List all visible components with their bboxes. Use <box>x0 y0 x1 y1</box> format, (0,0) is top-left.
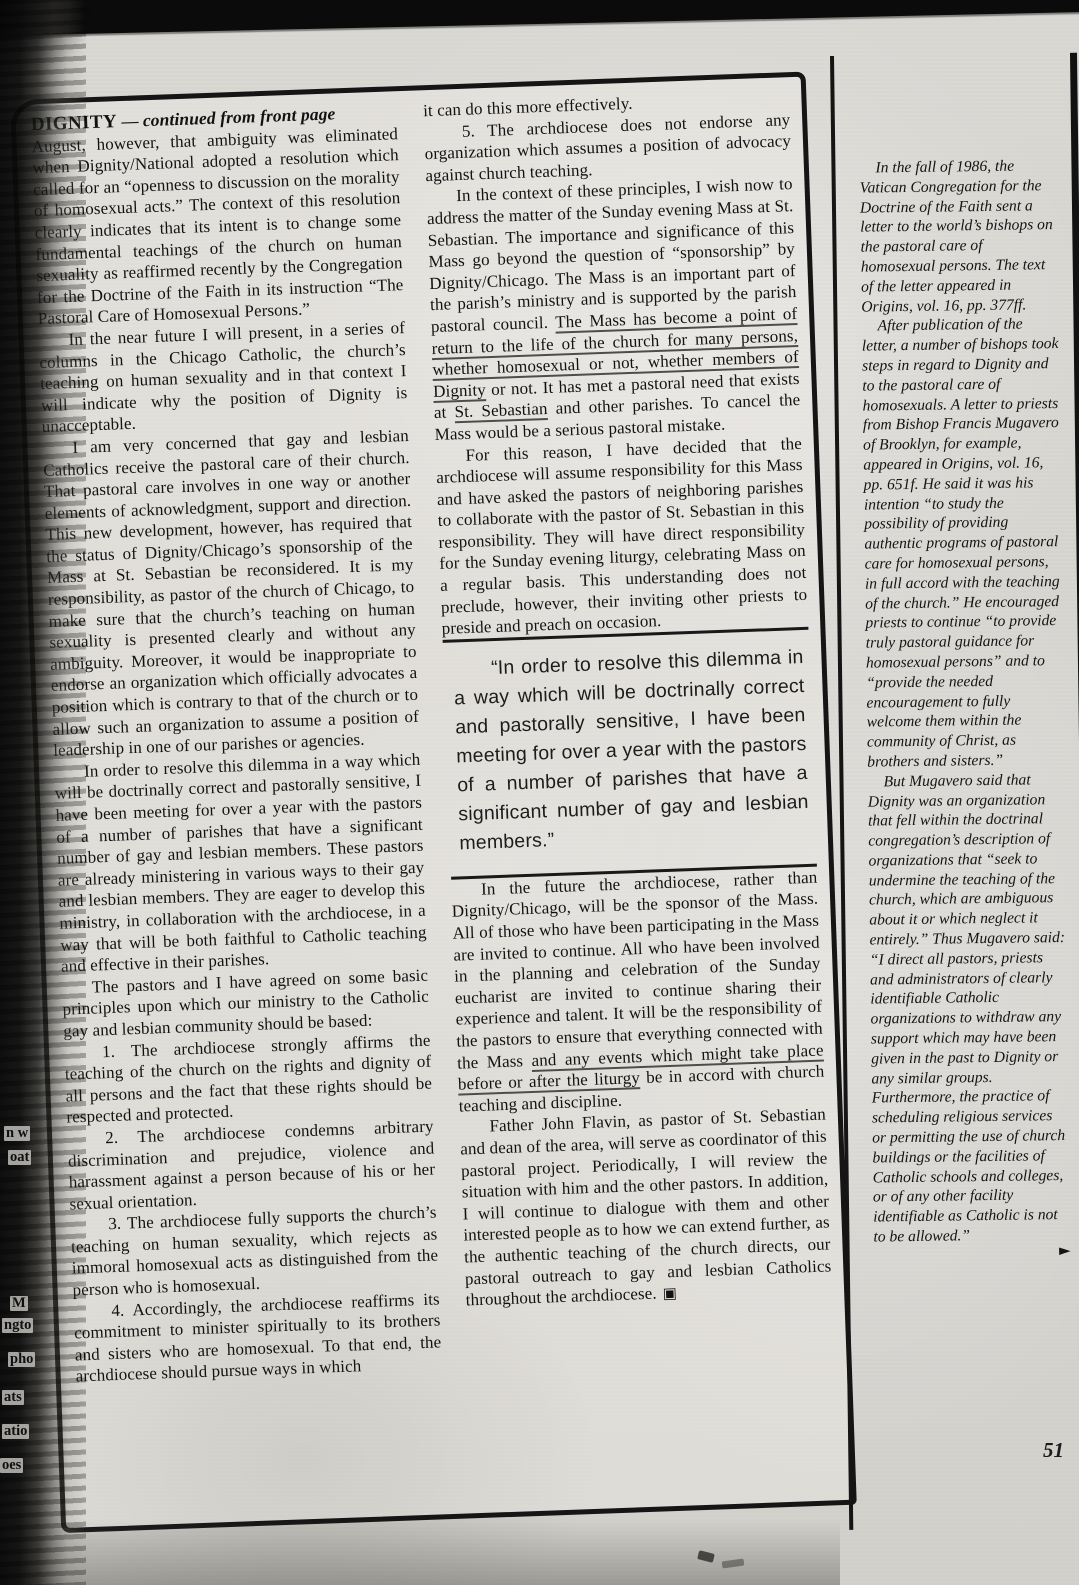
paragraph: For this reason, I have decided that the… <box>435 432 808 639</box>
scan-gutter-band <box>0 0 86 1585</box>
margin-fragment: M <box>10 1296 28 1311</box>
end-of-article-icon: ▣ <box>662 1284 677 1302</box>
numbered-point-3: 3. The archdiocese fully supports the ch… <box>70 1202 439 1301</box>
margin-fragment: oes <box>0 1458 23 1473</box>
margin-fragment: ngto <box>2 1318 33 1333</box>
continuation-arrow-icon: ► <box>1059 1241 1071 1261</box>
underlined-passage: St. Sebastian <box>454 399 548 421</box>
margin-fragment: oat <box>8 1150 31 1165</box>
paragraph: I am very concerned that gay and lesbian… <box>42 425 420 762</box>
paragraph: In order to resolve this dilemma in a wa… <box>54 749 428 978</box>
margin-fragment: atio <box>2 1424 29 1439</box>
numbered-point-4: 4. Accordingly, the archdiocese reaffirm… <box>73 1288 442 1387</box>
numbered-point-1: 1. The archdiocese strongly affirms the … <box>64 1029 433 1128</box>
paragraph: August, however, that ambiguity was elim… <box>31 123 404 330</box>
scan-bottom-smudge <box>0 1501 840 1585</box>
scanned-magazine-page: DIGNITY — continued from front page Augu… <box>0 0 1079 1585</box>
scan-top-edge <box>0 0 1079 36</box>
page-number: 51 <box>1043 1438 1064 1463</box>
paragraph: Father John Flavin, as pastor of St. Seb… <box>459 1104 832 1312</box>
margin-fragment: ats <box>2 1390 24 1405</box>
sidebar-note: In the fall of 1986, the Vatican Congreg… <box>830 53 1079 1530</box>
paragraph: In the context of these principles, I wi… <box>426 173 802 445</box>
pull-quote: “In order to resolve this dilemma in a w… <box>442 627 817 880</box>
sidebar-paragraph: After publication of the letter, a numbe… <box>861 314 1065 772</box>
article-frame: DIGNITY — continued from front page Augu… <box>10 72 857 1534</box>
article-columns: DIGNITY — continued from front page Augu… <box>31 87 835 1387</box>
sidebar-paragraph: But Mugavero said that Dignity was an or… <box>867 770 1071 1248</box>
text-segment: Father John Flavin, as pastor of St. Seb… <box>460 1105 832 1310</box>
numbered-point-2: 2. The archdiocese condemns arbitrary di… <box>67 1115 436 1214</box>
sidebar-paragraph: In the fall of 1986, the Vatican Congreg… <box>859 156 1059 317</box>
paragraph: In the future the archdiocese, rather th… <box>451 866 826 1116</box>
margin-fragment: n w <box>4 1126 30 1141</box>
paragraph: In the near future I will present, in a … <box>38 317 408 438</box>
margin-fragment: pho <box>8 1352 35 1367</box>
left-column: DIGNITY — continued from front page Augu… <box>31 101 443 1387</box>
middle-column: it can do this more effectively. 5. The … <box>423 87 835 1373</box>
